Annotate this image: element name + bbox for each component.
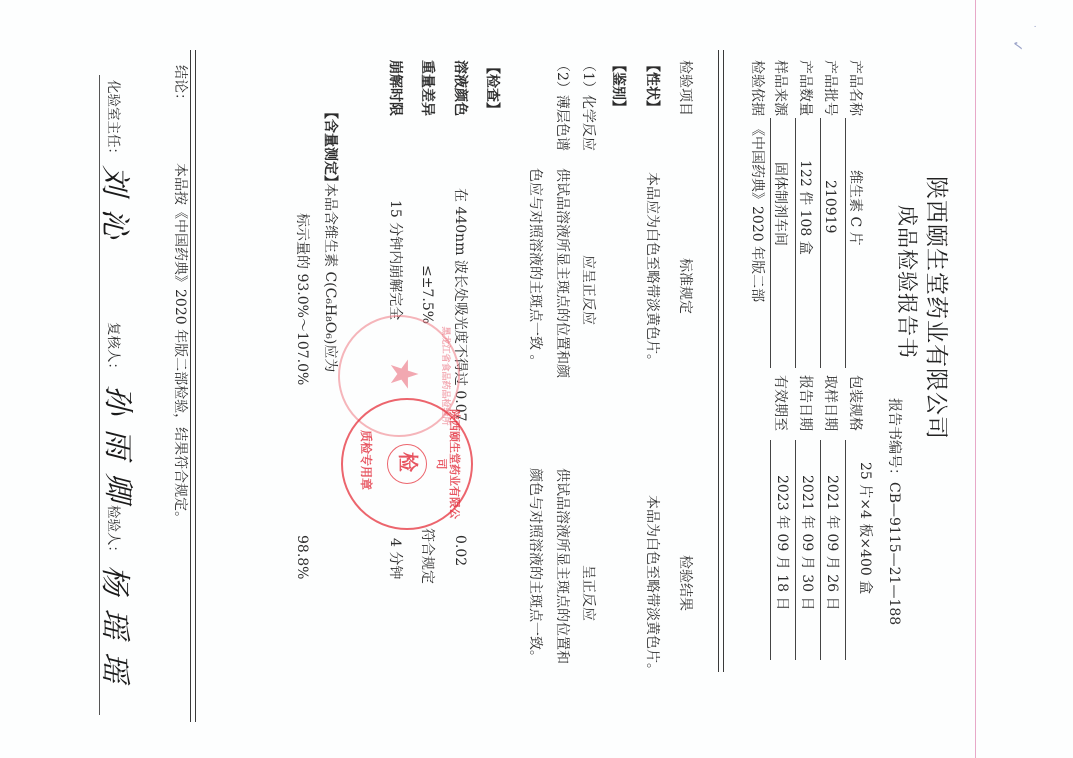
disintegration-result: 4 分钟	[387, 538, 403, 579]
info-value-quantity: 122 件 108 盒	[797, 160, 813, 255]
table-top-rule	[718, 50, 724, 672]
info-label-basis: 检验依据	[749, 60, 765, 116]
section-appearance: 【性状】	[644, 58, 660, 114]
info-underline	[795, 118, 796, 368]
tlc-result-line1: 供试品溶液所显主斑点的位置和	[554, 468, 570, 664]
column-header-item: 检验项目	[677, 60, 693, 116]
inspector-signature: 杨 瑶 瑶	[96, 565, 140, 684]
table-bottom-rule	[190, 50, 196, 722]
reviewer-signature: 孙 雨 卿	[99, 385, 143, 504]
stamp2-outer-text: 陕西颐生堂药业有限公司	[435, 408, 461, 520]
solution-color-item: 溶液颜色	[452, 60, 468, 116]
appearance-result: 本品为白色至略带淡黄色片。	[644, 495, 660, 677]
info-value-product-name: 维生素 C 片	[847, 170, 863, 246]
assay-result: 98.8%	[294, 535, 310, 579]
weight-variation-standard: ≤±7.5%	[419, 265, 435, 324]
solution-color-result: 0.02	[452, 535, 468, 566]
info-label-batch-no: 产品批号	[822, 60, 838, 116]
report-title: 成品检验报告书	[893, 205, 923, 359]
inspector-label: 检验人：	[105, 505, 125, 559]
disintegration-item: 崩解时限	[387, 60, 403, 116]
appearance-standard: 本品应为白色至略带淡黄色片。	[644, 172, 660, 368]
lab-director-signature: 刘 沁	[96, 165, 140, 241]
info-underline	[845, 440, 846, 660]
column-header-result: 检验结果	[677, 555, 693, 611]
scan-speck: ✓	[1009, 40, 1025, 52]
info-label-sample-source: 样品来源	[772, 60, 788, 116]
info-value-sampling-date: 2021 年 09 月 26 日	[824, 475, 840, 611]
section-assay: 【含量测定】	[322, 105, 338, 189]
reviewer-label: 复核人：	[105, 322, 125, 376]
info-label-sampling-date: 取样日期	[822, 375, 838, 431]
info-label-report-date: 报告日期	[797, 375, 813, 431]
info-label-product-name: 产品名称	[847, 60, 863, 116]
info-label-expiry: 有效期至	[772, 375, 788, 431]
info-value-batch-no: 210919	[822, 180, 838, 233]
tlc-result-line2: 颜色与对照溶液的主斑点一致。	[527, 468, 543, 664]
tlc-standard-line2: 色应与对照溶液的主斑点一致 。	[527, 168, 543, 368]
chemical-result: 呈正反应	[580, 565, 596, 621]
info-value-sample-source: 固体制剂车间	[772, 162, 788, 246]
info-label-quantity: 产品数量	[797, 60, 813, 116]
info-value-package-spec: 25 片×4 板×400 盒	[857, 462, 873, 594]
conclusion-text: 本品按《中国药典》2020 年版二部检验，结果符合规定。	[172, 163, 188, 525]
info-underline	[770, 440, 771, 660]
disintegration-standard: 15 分钟内崩解完全	[387, 200, 403, 320]
company-name: 陕西颐生堂药业有限公司	[922, 176, 955, 440]
scan-speck: ·	[1029, 25, 1039, 28]
chemical-item: （1）化学反应	[580, 58, 596, 151]
star-icon: ★	[384, 357, 424, 391]
report-number: 报告书编号：CB—9115—21—188	[886, 398, 902, 625]
info-label-package-spec: 包装规格	[847, 375, 863, 431]
report-number-value: CB—9115—21—188	[886, 482, 902, 625]
stamp2-center-char: 检	[397, 452, 419, 472]
column-header-standard: 标准规定	[677, 258, 693, 314]
weight-variation-result: 符合规定	[419, 528, 435, 584]
lab-director-label: 化验室主任：	[105, 80, 125, 161]
info-underline	[845, 118, 846, 368]
section-identification: 【鉴别】	[610, 58, 626, 114]
assay-standard-line1: 本品含维生素 C(C₆H₈O₆)应为	[322, 183, 338, 372]
tlc-standard-line1: 供试品溶液所显主斑点的位置和颜	[554, 168, 570, 378]
info-underline	[820, 118, 821, 368]
info-value-report-date: 2021 年 09 月 30 日	[799, 475, 815, 611]
info-underline	[770, 118, 771, 368]
assay-standard-line2: 标示量的 93.0%～107.0%	[294, 213, 310, 385]
section-tests: 【检查】	[484, 60, 500, 116]
tlc-item: （2）薄层色谱	[554, 58, 570, 151]
conclusion-label: 结论：	[172, 65, 188, 107]
margin-line	[975, 0, 976, 758]
info-value-basis: 《中国药典》2020 年版二部	[749, 122, 765, 302]
info-underline	[820, 440, 821, 660]
chemical-standard: 应呈正反应	[580, 255, 596, 325]
weight-variation-item: 重量差异	[419, 60, 435, 116]
info-underline	[795, 440, 796, 660]
info-value-expiry: 2023 年 09 月 18 日	[774, 475, 790, 611]
inspection-report-page: 陕西颐生堂药业有限公司 成品检验报告书 报告书编号：CB—9115—21—188…	[0, 0, 1073, 758]
stamp2-bottom-text: 质检专用章	[358, 430, 375, 490]
report-number-label: 报告书编号：	[886, 398, 902, 482]
qc-seal-stamp: 陕西颐生堂药业有限公司 检 质检专用章	[341, 398, 473, 530]
signature-rule	[99, 75, 100, 715]
